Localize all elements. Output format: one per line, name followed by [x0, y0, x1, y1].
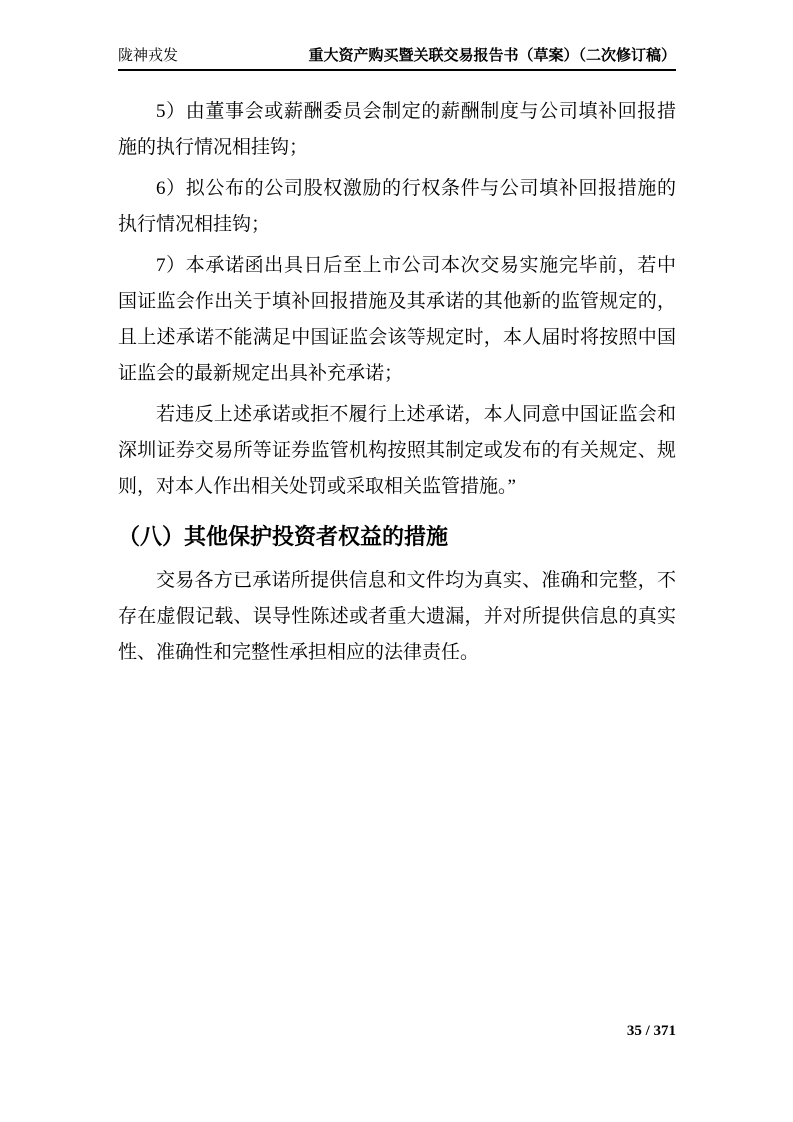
section-heading-8: （八）其他保护投资者权益的措施	[118, 522, 676, 552]
paragraph-closing-commitment: 若违反上述承诺或拒不履行上述承诺，本人同意中国证监会和深圳证券交易所等证券监管机…	[118, 397, 676, 505]
paragraph-item-7: 7）本承诺函出具日后至上市公司本次交易实施完毕前，若中国证监会作出关于填补回报措…	[118, 248, 676, 392]
paragraph-item-5: 5）由董事会或薪酬委员会制定的薪酬制度与公司填补回报措施的执行情况相挂钩；	[118, 94, 676, 166]
paragraph-investor-protection: 交易各方已承诺所提供信息和文件均为真实、准确和完整，不存在虚假记载、误导性陈述或…	[118, 563, 676, 671]
header-company-name: 陇神戎发	[118, 47, 178, 65]
paragraph-item-6: 6）拟公布的公司股权激励的行权条件与公司填补回报措施的执行情况相挂钩；	[118, 171, 676, 243]
page-footer: 35 / 371	[118, 1022, 676, 1040]
document-body: 5）由董事会或薪酬委员会制定的薪酬制度与公司填补回报措施的执行情况相挂钩； 6）…	[118, 94, 676, 676]
page-number: 35 / 371	[627, 1023, 676, 1039]
page-header: 陇神戎发 重大资产购买暨关联交易报告书（草案）（二次修订稿）	[118, 47, 676, 71]
header-document-title: 重大资产购买暨关联交易报告书（草案）（二次修订稿）	[308, 47, 676, 65]
document-page: 陇神戎发 重大资产购买暨关联交易报告书（草案）（二次修订稿） 5）由董事会或薪酬…	[0, 0, 793, 1122]
